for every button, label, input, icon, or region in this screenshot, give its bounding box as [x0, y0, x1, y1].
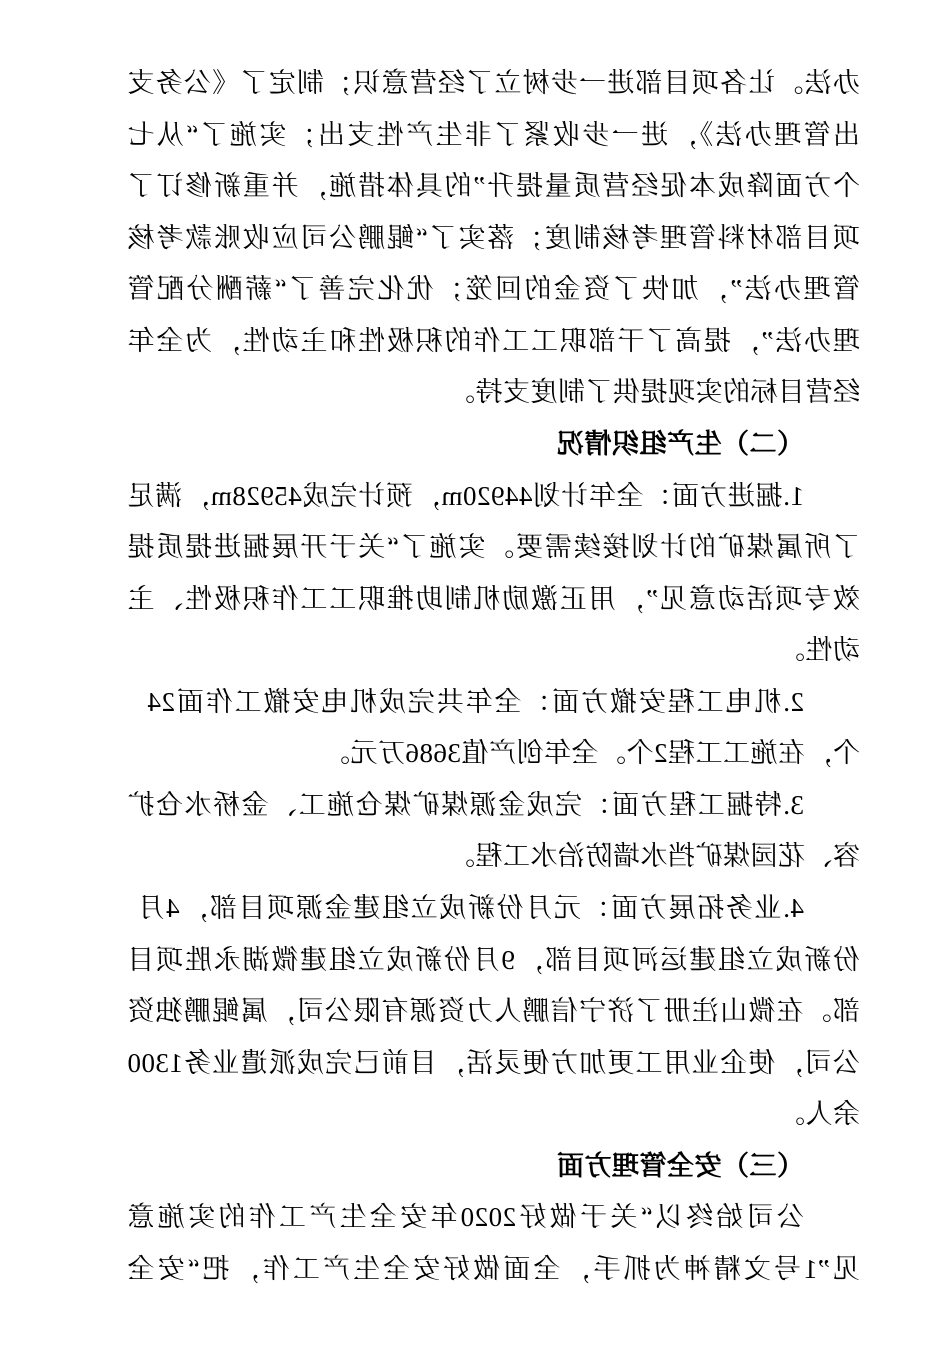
text-line: 2.机电工程安撤方面：全年共完成机电安撤工作面24 — [127, 677, 860, 729]
text-line: 公司，使企业用工更加方便灵活，目前已完成派遣业务1300 — [127, 1038, 860, 1090]
item-tunneling: 1.掘进方面：全年计划44920m，预计完成45928m，满足 了所属煤矿的计划… — [127, 471, 860, 677]
text-line: 动性。 — [127, 625, 860, 677]
document-page: 办法。让各项目部进一步树立了经营意识；制定了《公务支 出管理办法》，进一步收紧了… — [0, 0, 952, 1352]
section-production-organization: （二）生产组织情况 1.掘进方面：全年计划44920m，预计完成45928m，满… — [127, 419, 860, 1141]
text-line: 份新成立组建运河项目部，9月份新成立组建微湖永胜项目 — [127, 935, 860, 987]
text-line: 容、花园煤矿挡水墙防治水工程。 — [127, 831, 860, 883]
safety-paragraph: 公司始终以“关于做好2020年安全生产工作的实施意 见”1号文精神为抓手，全面做… — [127, 1192, 860, 1295]
intro-paragraph: 办法。让各项目部进一步树立了经营意识；制定了《公务支 出管理办法》，进一步收紧了… — [127, 58, 860, 419]
text-line: 了所属煤矿的计划接续需要。实施了“关于开展掘进提质提 — [127, 522, 860, 574]
text-line: 部。在微山注册了济宁信鹏人力资源有限公司，属鲲鹏独资 — [127, 986, 860, 1038]
item-electromechanical: 2.机电工程安撤方面：全年共完成机电安撤工作面24 个，在施工工程2个。全年创产… — [127, 677, 860, 780]
text-line: 办法。让各项目部进一步树立了经营意识；制定了《公务支 — [127, 58, 860, 110]
section-heading: （二）生产组织情况 — [127, 419, 860, 471]
text-line: 4.业务拓展方面：元月份新成立组建金源项目部，4月 — [127, 883, 860, 935]
text-line: 个，在施工工程2个。全年创产值3686万元。 — [127, 728, 860, 780]
text-line: 理办法”，提高了干部职工工作的积极性和主动性，为全年 — [127, 316, 860, 368]
text-line: 余人。 — [127, 1089, 860, 1141]
text-line: 项目部材料管理考核制度；落实了“鲲鹏公司应收账款考核 — [127, 213, 860, 265]
item-special-excavation: 3.特掘工程方面：完成金源煤矿煤仓施工、金桥水仓扩 容、花园煤矿挡水墙防治水工程… — [127, 780, 860, 883]
item-business-expansion: 4.业务拓展方面：元月份新成立组建金源项目部，4月 份新成立组建运河项目部，9月… — [127, 883, 860, 1141]
text-line: 个方面降成本促经营质量提升”的具体措施，并重新修订了 — [127, 161, 860, 213]
document-body: 办法。让各项目部进一步树立了经营意识；制定了《公务支 出管理办法》，进一步收紧了… — [127, 58, 860, 1296]
text-line: 见”1号文精神为抓手，全面做好安全生产工作，把“安全 — [127, 1244, 860, 1296]
text-line: 经营目标的实现提供了制度支持。 — [127, 367, 860, 419]
text-line: 3.特掘工程方面：完成金源煤矿煤仓施工、金桥水仓扩 — [127, 780, 860, 832]
text-line: 出管理办法》，进一步收紧了非生产性支出；实施了“从七 — [127, 110, 860, 162]
text-line: 效专项活动意见”，用正激励机制助推职工工作积极性、主 — [127, 574, 860, 626]
text-line: 公司始终以“关于做好2020年安全生产工作的实施意 — [127, 1192, 860, 1244]
text-line: 1.掘进方面：全年计划44920m，预计完成45928m，满足 — [127, 471, 860, 523]
section-heading: （三）安全管理方面 — [127, 1141, 860, 1193]
section-safety-management: （三）安全管理方面 公司始终以“关于做好2020年安全生产工作的实施意 见”1号… — [127, 1141, 860, 1296]
text-line: 管理办法”，加快了资金的回笼；优化完善了“薪酬分配管 — [127, 264, 860, 316]
